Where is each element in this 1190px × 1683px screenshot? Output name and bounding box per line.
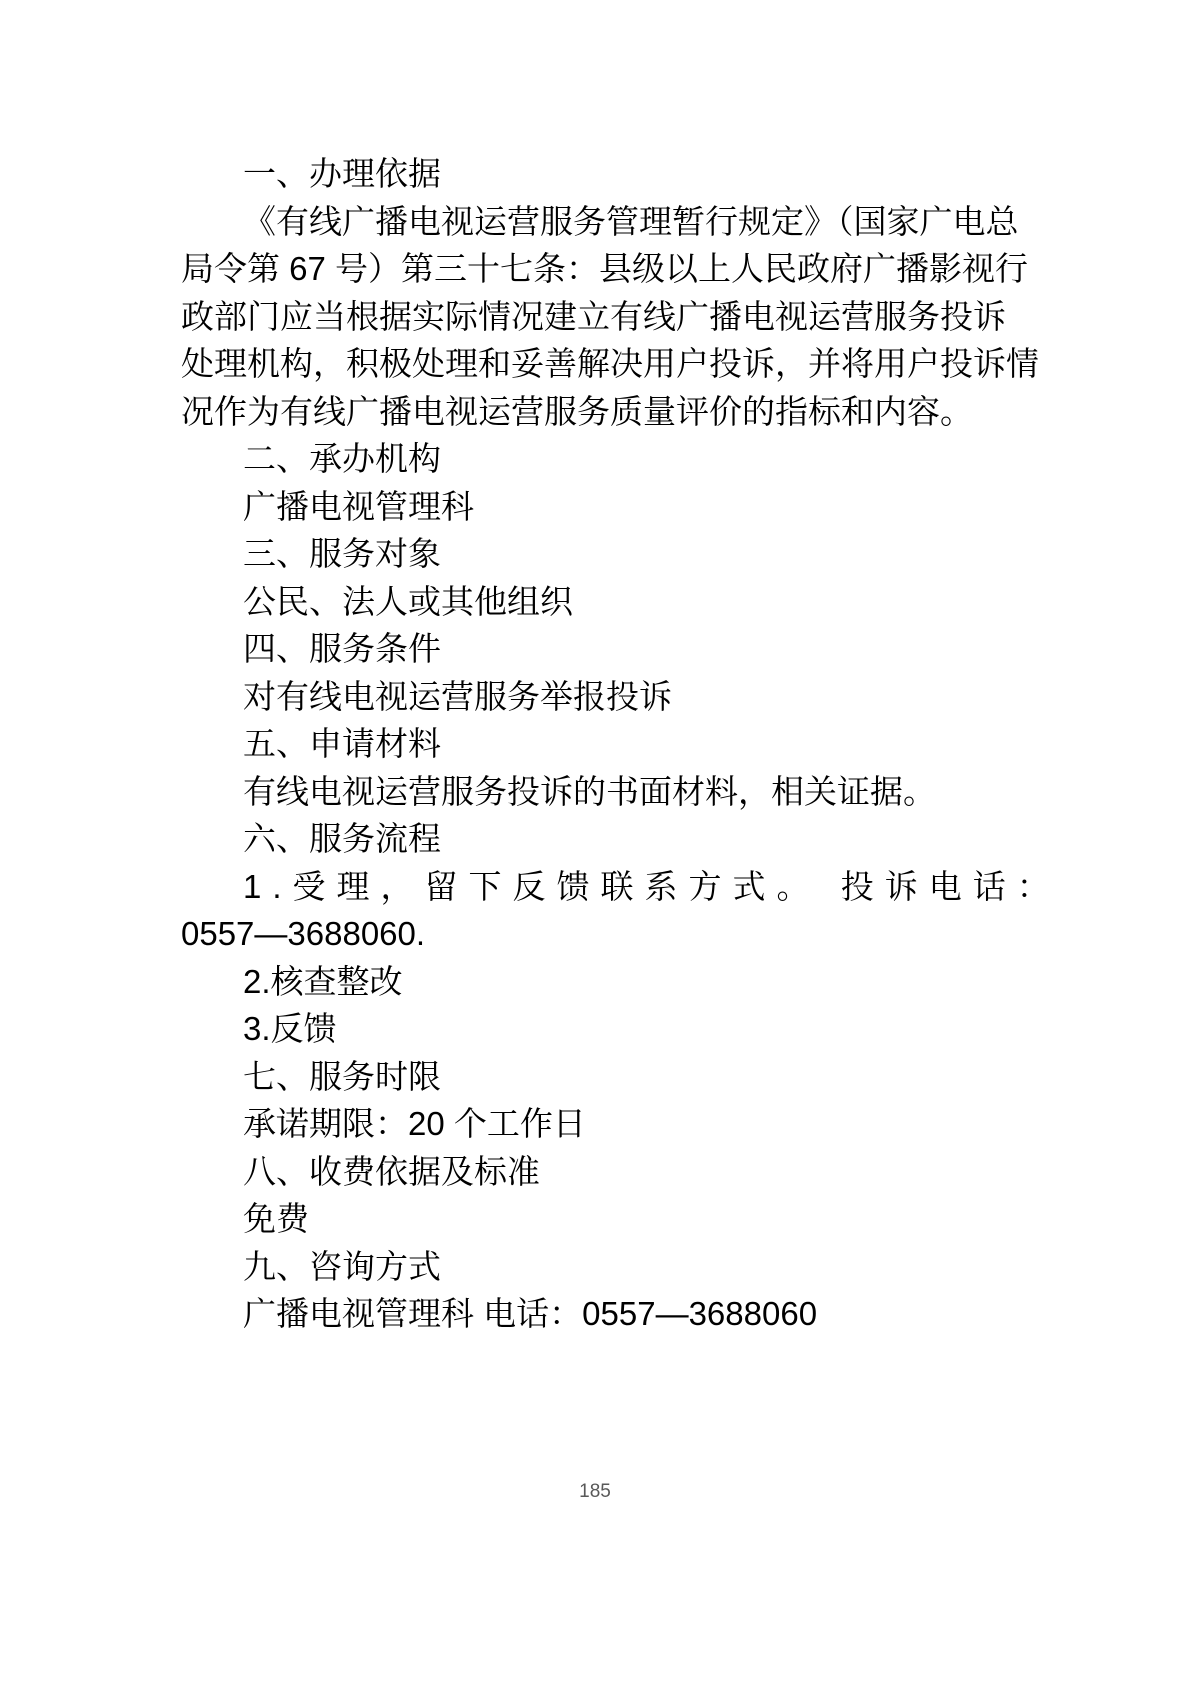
document-page: 一、办理依据《有线广播电视运营服务管理暂行规定》（国家广电总局令第 67 号）第… bbox=[0, 0, 1190, 1683]
text-line: 四、服务条件 bbox=[181, 625, 1011, 673]
text-line: 《有线广播电视运营服务管理暂行规定》（国家广电总 bbox=[181, 198, 1011, 246]
document-body: 一、办理依据《有线广播电视运营服务管理暂行规定》（国家广电总局令第 67 号）第… bbox=[181, 150, 1011, 1338]
text-line: 有线电视运营服务投诉的书面材料，相关证据。 bbox=[181, 768, 1011, 816]
text-line: 处理机构，积极处理和妥善解决用户投诉，并将用户投诉情 bbox=[181, 340, 1011, 388]
text-line: 3.反馈 bbox=[181, 1005, 1011, 1053]
text-line: 八、收费依据及标准 bbox=[181, 1148, 1011, 1196]
text-line: 1.受理，留下反馈联系方式。 投诉电话： bbox=[181, 863, 1011, 911]
text-line: 广播电视管理科 bbox=[181, 483, 1011, 531]
page-number: 185 bbox=[0, 1480, 1190, 1503]
text-line: 公民、法人或其他组织 bbox=[181, 578, 1011, 626]
text-line: 政部门应当根据实际情况建立有线广播电视运营服务投诉 bbox=[181, 293, 1011, 341]
text-line: 2.核查整改 bbox=[181, 958, 1011, 1006]
text-line: 0557—3688060. bbox=[181, 910, 1011, 958]
text-line: 一、办理依据 bbox=[181, 150, 1011, 198]
text-line: 六、服务流程 bbox=[181, 815, 1011, 863]
text-line: 七、服务时限 bbox=[181, 1053, 1011, 1101]
text-line: 广播电视管理科 电话：0557—3688060 bbox=[181, 1290, 1011, 1338]
text-line: 承诺期限：20 个工作日 bbox=[181, 1100, 1011, 1148]
text-line: 局令第 67 号）第三十七条：县级以上人民政府广播影视行 bbox=[181, 245, 1011, 293]
text-line: 五、申请材料 bbox=[181, 720, 1011, 768]
text-line: 免费 bbox=[181, 1195, 1011, 1243]
text-line: 九、咨询方式 bbox=[181, 1243, 1011, 1291]
text-line: 对有线电视运营服务举报投诉 bbox=[181, 673, 1011, 721]
text-line: 三、服务对象 bbox=[181, 530, 1011, 578]
text-line: 二、承办机构 bbox=[181, 435, 1011, 483]
text-line: 况作为有线广播电视运营服务质量评价的指标和内容。 bbox=[181, 388, 1011, 436]
